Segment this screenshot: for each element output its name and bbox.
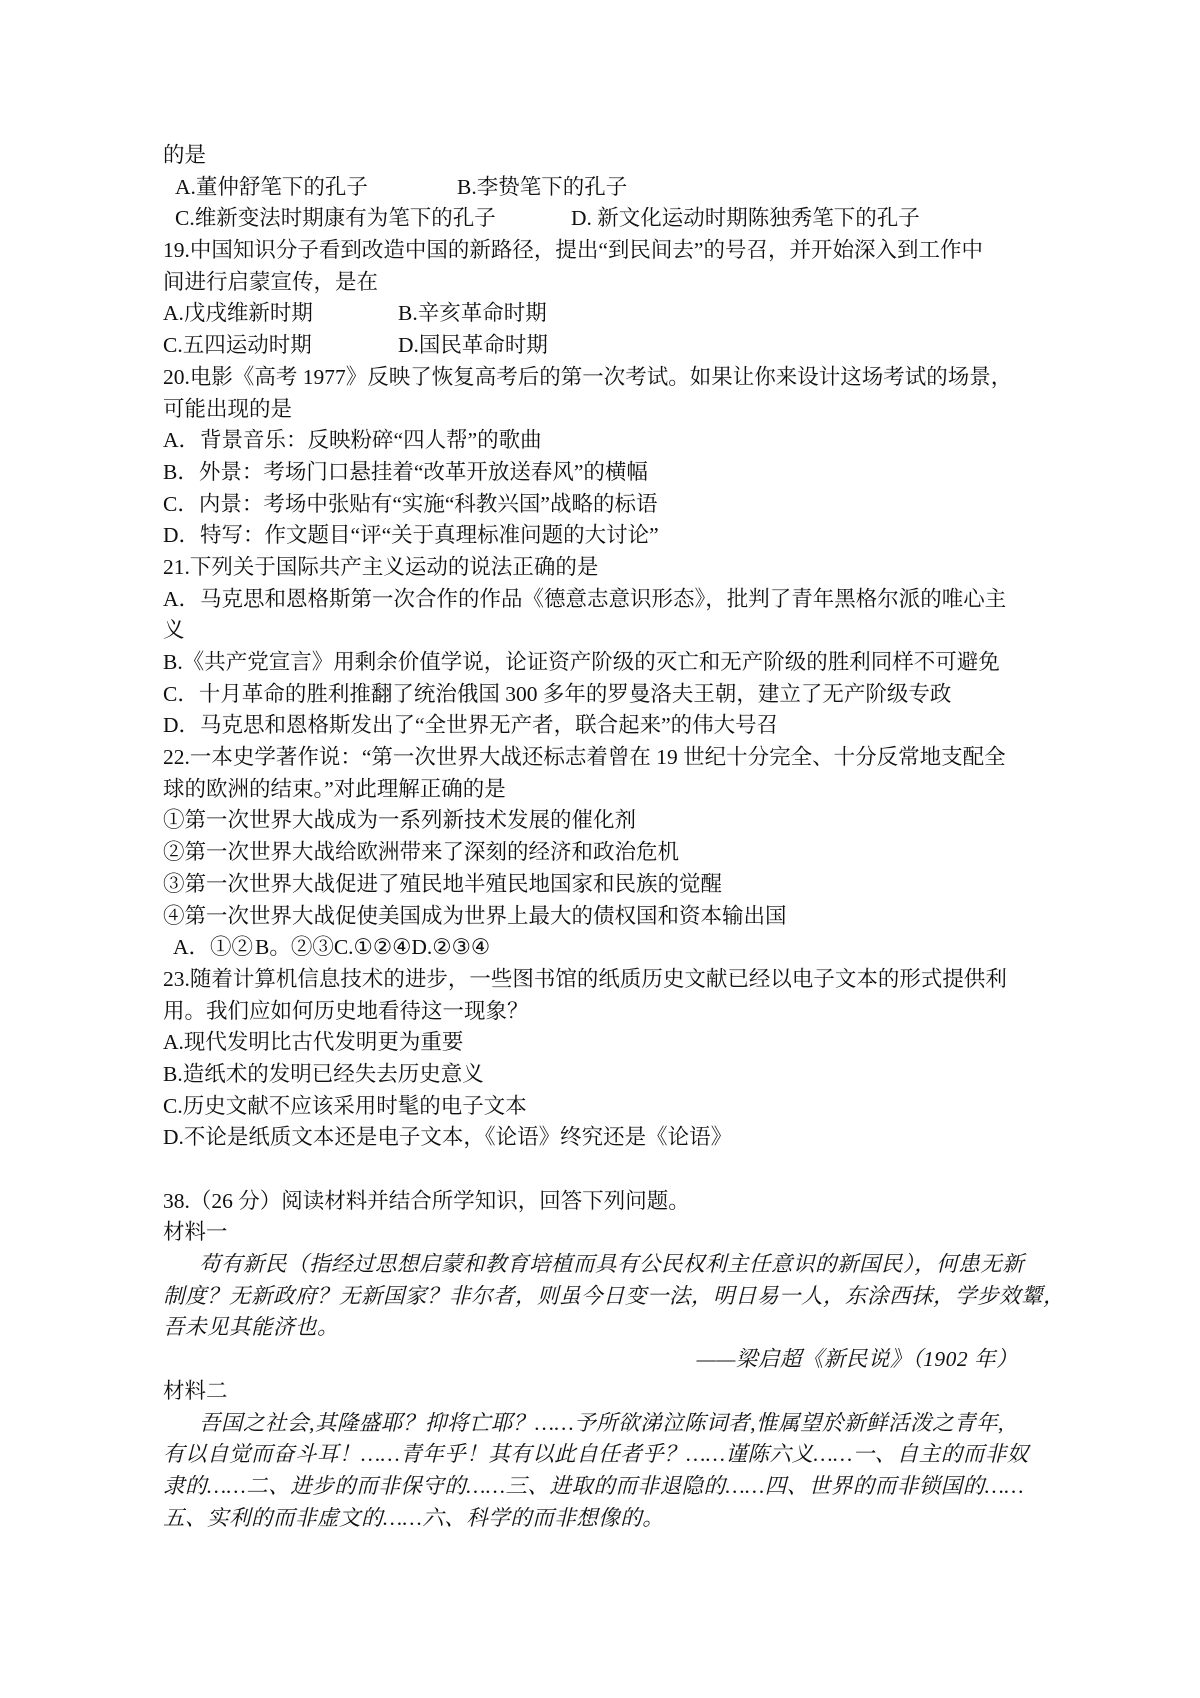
text-segment: 21.下列关于国际共产主义运动的说法正确的是 <box>163 555 598 579</box>
text-segment: 22.一本史学著作说：“第一次世界大战还标志着曾在 19 世纪十分完全、十分反常… <box>163 745 1006 769</box>
q19-stem-line1: 19.中国知识分子看到改造中国的新路径，提出“到民间去”的号召，并开始深入到工作… <box>163 235 1040 267</box>
q20-stem-line2: 可能出现的是 <box>163 394 1040 426</box>
q20-stem-line1: 20.电影《高考 1977》反映了恢复高考后的第一次考试。如果让你来设计这场考试… <box>163 362 1040 394</box>
q18-options-ab: A.董仲舒笔下的孔子B.李贽笔下的孔子 <box>163 172 1040 204</box>
q23-option-a: A.现代发明比古代发明更为重要 <box>163 1027 1040 1059</box>
q20-option-a: A．背景音乐：反映粉碎“四人帮”的歌曲 <box>163 425 1040 457</box>
q22-item-1: ①第一次世界大战成为一系列新技术发展的催化剂 <box>163 805 1040 837</box>
text-segment: C.①②④ <box>334 932 412 964</box>
text-segment: C.维新变法时期康有为笔下的孔子 <box>175 203 571 235</box>
text-segment: 23.随着计算机信息技术的进步，一些图书馆的纸质历史文献已经以电子文本的形式提供… <box>163 967 1007 991</box>
text-segment: 义 <box>163 618 185 642</box>
q22-item-2: ②第一次世界大战给欧洲带来了深刻的经济和政治危机 <box>163 837 1040 869</box>
document-page: 的是A.董仲舒笔下的孔子B.李贽笔下的孔子C.维新变法时期康有为笔下的孔子D. … <box>0 0 1200 1698</box>
q21-option-d: D．马克思和恩格斯发出了“全世界无产者，联合起来”的伟大号召 <box>163 710 1040 742</box>
text-segment: A．马克思和恩格斯第一次合作的作品《德意志意识形态》，批判了青年黑格尔派的唯心主 <box>163 587 1006 611</box>
material-one-source: ——梁启超《新民说》（1902 年） <box>163 1344 1040 1376</box>
material-two-label: 材料二 <box>163 1376 1040 1408</box>
text-segment: 制度？无新政府？无新国家？非尔者，则虽今日变一法，明日易一人，东涂西抹，学步效颦… <box>163 1284 1065 1308</box>
text-segment: ②第一次世界大战给欧洲带来了深刻的经济和政治危机 <box>163 840 679 864</box>
q18-stem-continuation: 的是 <box>163 140 1040 172</box>
text-segment: ——梁启超《新民说》（1902 年） <box>697 1347 1018 1371</box>
text-segment: 材料一 <box>163 1220 228 1244</box>
text-segment: A.现代发明比古代发明更为重要 <box>163 1030 463 1054</box>
text-segment: 19.中国知识分子看到改造中国的新路径，提出“到民间去”的号召，并开始深入到工作… <box>163 238 983 262</box>
q21-option-b: B.《共产党宣言》用剩余价值学说，论证资产阶级的灭亡和无产阶级的胜利同样不可避免 <box>163 647 1040 679</box>
text-segment: B。②③ <box>255 932 334 964</box>
text-segment: 苟有新民（指经过思想启蒙和教育培植而具有公民权利主任意识的新国民），何患无新 <box>199 1252 1024 1276</box>
document-content: 的是A.董仲舒笔下的孔子B.李贽笔下的孔子C.维新变法时期康有为笔下的孔子D. … <box>163 140 1040 1534</box>
text-segment: 吾国之社会,其隆盛耶？抑将亡耶？……予所欲涕泣陈词者,惟属望於新鲜活泼之青年, <box>199 1411 1004 1435</box>
material-one-line2: 制度？无新政府？无新国家？非尔者，则虽今日变一法，明日易一人，东涂西抹，学步效颦… <box>163 1281 1040 1313</box>
q22-answer-options: A．①②B。②③C.①②④D.②③④ <box>163 932 1040 964</box>
text-segment: B．外景：考场门口悬挂着“改革开放送春风”的横幅 <box>163 460 648 484</box>
text-segment: 的是 <box>163 143 206 167</box>
text-segment: D.国民革命时期 <box>398 333 548 357</box>
q22-item-4: ④第一次世界大战促使美国成为世界上最大的债权国和资本输出国 <box>163 901 1040 933</box>
material-two-line1: 吾国之社会,其隆盛耶？抑将亡耶？……予所欲涕泣陈词者,惟属望於新鲜活泼之青年, <box>163 1408 1040 1440</box>
q18-options-cd: C.维新变法时期康有为笔下的孔子D. 新文化运动时期陈独秀笔下的孔子 <box>163 203 1040 235</box>
text-segment: 有以自觉而奋斗耳！……青年乎！其有以此自任者乎？……谨陈六义……一、自主的而非奴 <box>163 1442 1029 1466</box>
q23-stem-line1: 23.随着计算机信息技术的进步，一些图书馆的纸质历史文献已经以电子文本的形式提供… <box>163 964 1040 996</box>
material-two-line2: 有以自觉而奋斗耳！……青年乎！其有以此自任者乎？……谨陈六义……一、自主的而非奴 <box>163 1439 1040 1471</box>
q23-option-b: B.造纸术的发明已经失去历史意义 <box>163 1059 1040 1091</box>
text-segment: B.造纸术的发明已经失去历史意义 <box>163 1062 484 1086</box>
q19-options-ab: A.戊戌维新时期B.辛亥革命时期 <box>163 298 1040 330</box>
material-one-line1: 苟有新民（指经过思想启蒙和教育培植而具有公民权利主任意识的新国民），何患无新 <box>163 1249 1040 1281</box>
q38-stem: 38.（26 分）阅读材料并结合所学知识，回答下列问题。 <box>163 1186 1040 1218</box>
text-segment: D．特写：作文题目“评“关于真理标准问题的大讨论” <box>163 523 659 547</box>
text-segment: B.《共产党宣言》用剩余价值学说，论证资产阶级的灭亡和无产阶级的胜利同样不可避免 <box>163 650 1000 674</box>
q21-option-a-line1: A．马克思和恩格斯第一次合作的作品《德意志意识形态》，批判了青年黑格尔派的唯心主 <box>163 584 1040 616</box>
q21-option-a-line2: 义 <box>163 615 1040 647</box>
text-segment: C.历史文献不应该采用时髦的电子文本 <box>163 1094 527 1118</box>
q22-stem-line2: 球的欧洲的结束。”对此理解正确的是 <box>163 774 1040 806</box>
text-segment: 球的欧洲的结束。”对此理解正确的是 <box>163 777 506 801</box>
q23-option-d: D.不论是纸质文本还是电子文本，《论语》终究还是《论语》 <box>163 1122 1040 1154</box>
text-segment: 20.电影《高考 1977》反映了恢复高考后的第一次考试。如果让你来设计这场考试… <box>163 365 1012 389</box>
text-segment: A.戊戌维新时期 <box>163 298 398 330</box>
text-segment: ③第一次世界大战促进了殖民地半殖民地国家和民族的觉醒 <box>163 872 722 896</box>
q23-option-c: C.历史文献不应该采用时髦的电子文本 <box>163 1091 1040 1123</box>
text-segment: B.李贽笔下的孔子 <box>457 175 627 199</box>
text-segment: C．内景：考场中张贴有“实施“科教兴国”战略的标语 <box>163 492 657 516</box>
text-segment: 材料二 <box>163 1379 228 1403</box>
material-one-line3: 吾未见其能济也。 <box>163 1312 1040 1344</box>
text-segment: A．①② <box>173 932 255 964</box>
q23-stem-line2: 用。我们应如何历史地看待这一现象？ <box>163 996 1040 1028</box>
material-two-line3: 隶的……二、进步的而非保守的……三、进取的而非退隐的……四、世界的而非锁国的…… <box>163 1471 1040 1503</box>
text-segment: B.辛亥革命时期 <box>398 301 547 325</box>
q20-option-b: B．外景：考场门口悬挂着“改革开放送春风”的横幅 <box>163 457 1040 489</box>
text-segment: D．马克思和恩格斯发出了“全世界无产者，联合起来”的伟大号召 <box>163 713 778 737</box>
text-segment: D.②③④ <box>411 935 490 959</box>
q20-option-c: C．内景：考场中张贴有“实施“科教兴国”战略的标语 <box>163 489 1040 521</box>
text-segment: 可能出现的是 <box>163 397 292 421</box>
q21-stem: 21.下列关于国际共产主义运动的说法正确的是 <box>163 552 1040 584</box>
q21-option-c: C．十月革命的胜利推翻了统治俄国 300 多年的罗曼洛夫王朝，建立了无产阶级专政 <box>163 679 1040 711</box>
material-one-label: 材料一 <box>163 1217 1040 1249</box>
text-segment: D. 新文化运动时期陈独秀笔下的孔子 <box>571 206 920 230</box>
material-two-line4: 五、实利的而非虚文的……六、科学的而非想像的。 <box>163 1503 1040 1535</box>
text-segment: 38.（26 分）阅读材料并结合所学知识，回答下列问题。 <box>163 1189 690 1213</box>
text-segment: 吾未见其能济也。 <box>163 1315 339 1339</box>
q19-stem-line2: 间进行启蒙宣传，是在 <box>163 267 1040 299</box>
text-segment: C．十月革命的胜利推翻了统治俄国 300 多年的罗曼洛夫王朝，建立了无产阶级专政 <box>163 682 951 706</box>
q20-option-d: D．特写：作文题目“评“关于真理标准问题的大讨论” <box>163 520 1040 552</box>
q22-item-3: ③第一次世界大战促进了殖民地半殖民地国家和民族的觉醒 <box>163 869 1040 901</box>
text-segment: 用。我们应如何历史地看待这一现象？ <box>163 999 529 1023</box>
text-segment: 隶的……二、进步的而非保守的……三、进取的而非退隐的……四、世界的而非锁国的…… <box>163 1474 1024 1498</box>
text-segment: A．背景音乐：反映粉碎“四人帮”的歌曲 <box>163 428 542 452</box>
text-segment: 间进行启蒙宣传，是在 <box>163 270 378 294</box>
q22-stem-line1: 22.一本史学著作说：“第一次世界大战还标志着曾在 19 世纪十分完全、十分反常… <box>163 742 1040 774</box>
q19-options-cd: C.五四运动时期D.国民革命时期 <box>163 330 1040 362</box>
text-segment: D.不论是纸质文本还是电子文本，《论语》终究还是《论语》 <box>163 1125 732 1149</box>
text-segment: 五、实利的而非虚文的……六、科学的而非想像的。 <box>163 1506 664 1530</box>
text-segment: ④第一次世界大战促使美国成为世界上最大的债权国和资本输出国 <box>163 904 787 928</box>
text-segment: C.五四运动时期 <box>163 330 398 362</box>
text-segment: ①第一次世界大战成为一系列新技术发展的催化剂 <box>163 808 636 832</box>
text-segment: A.董仲舒笔下的孔子 <box>175 172 457 204</box>
